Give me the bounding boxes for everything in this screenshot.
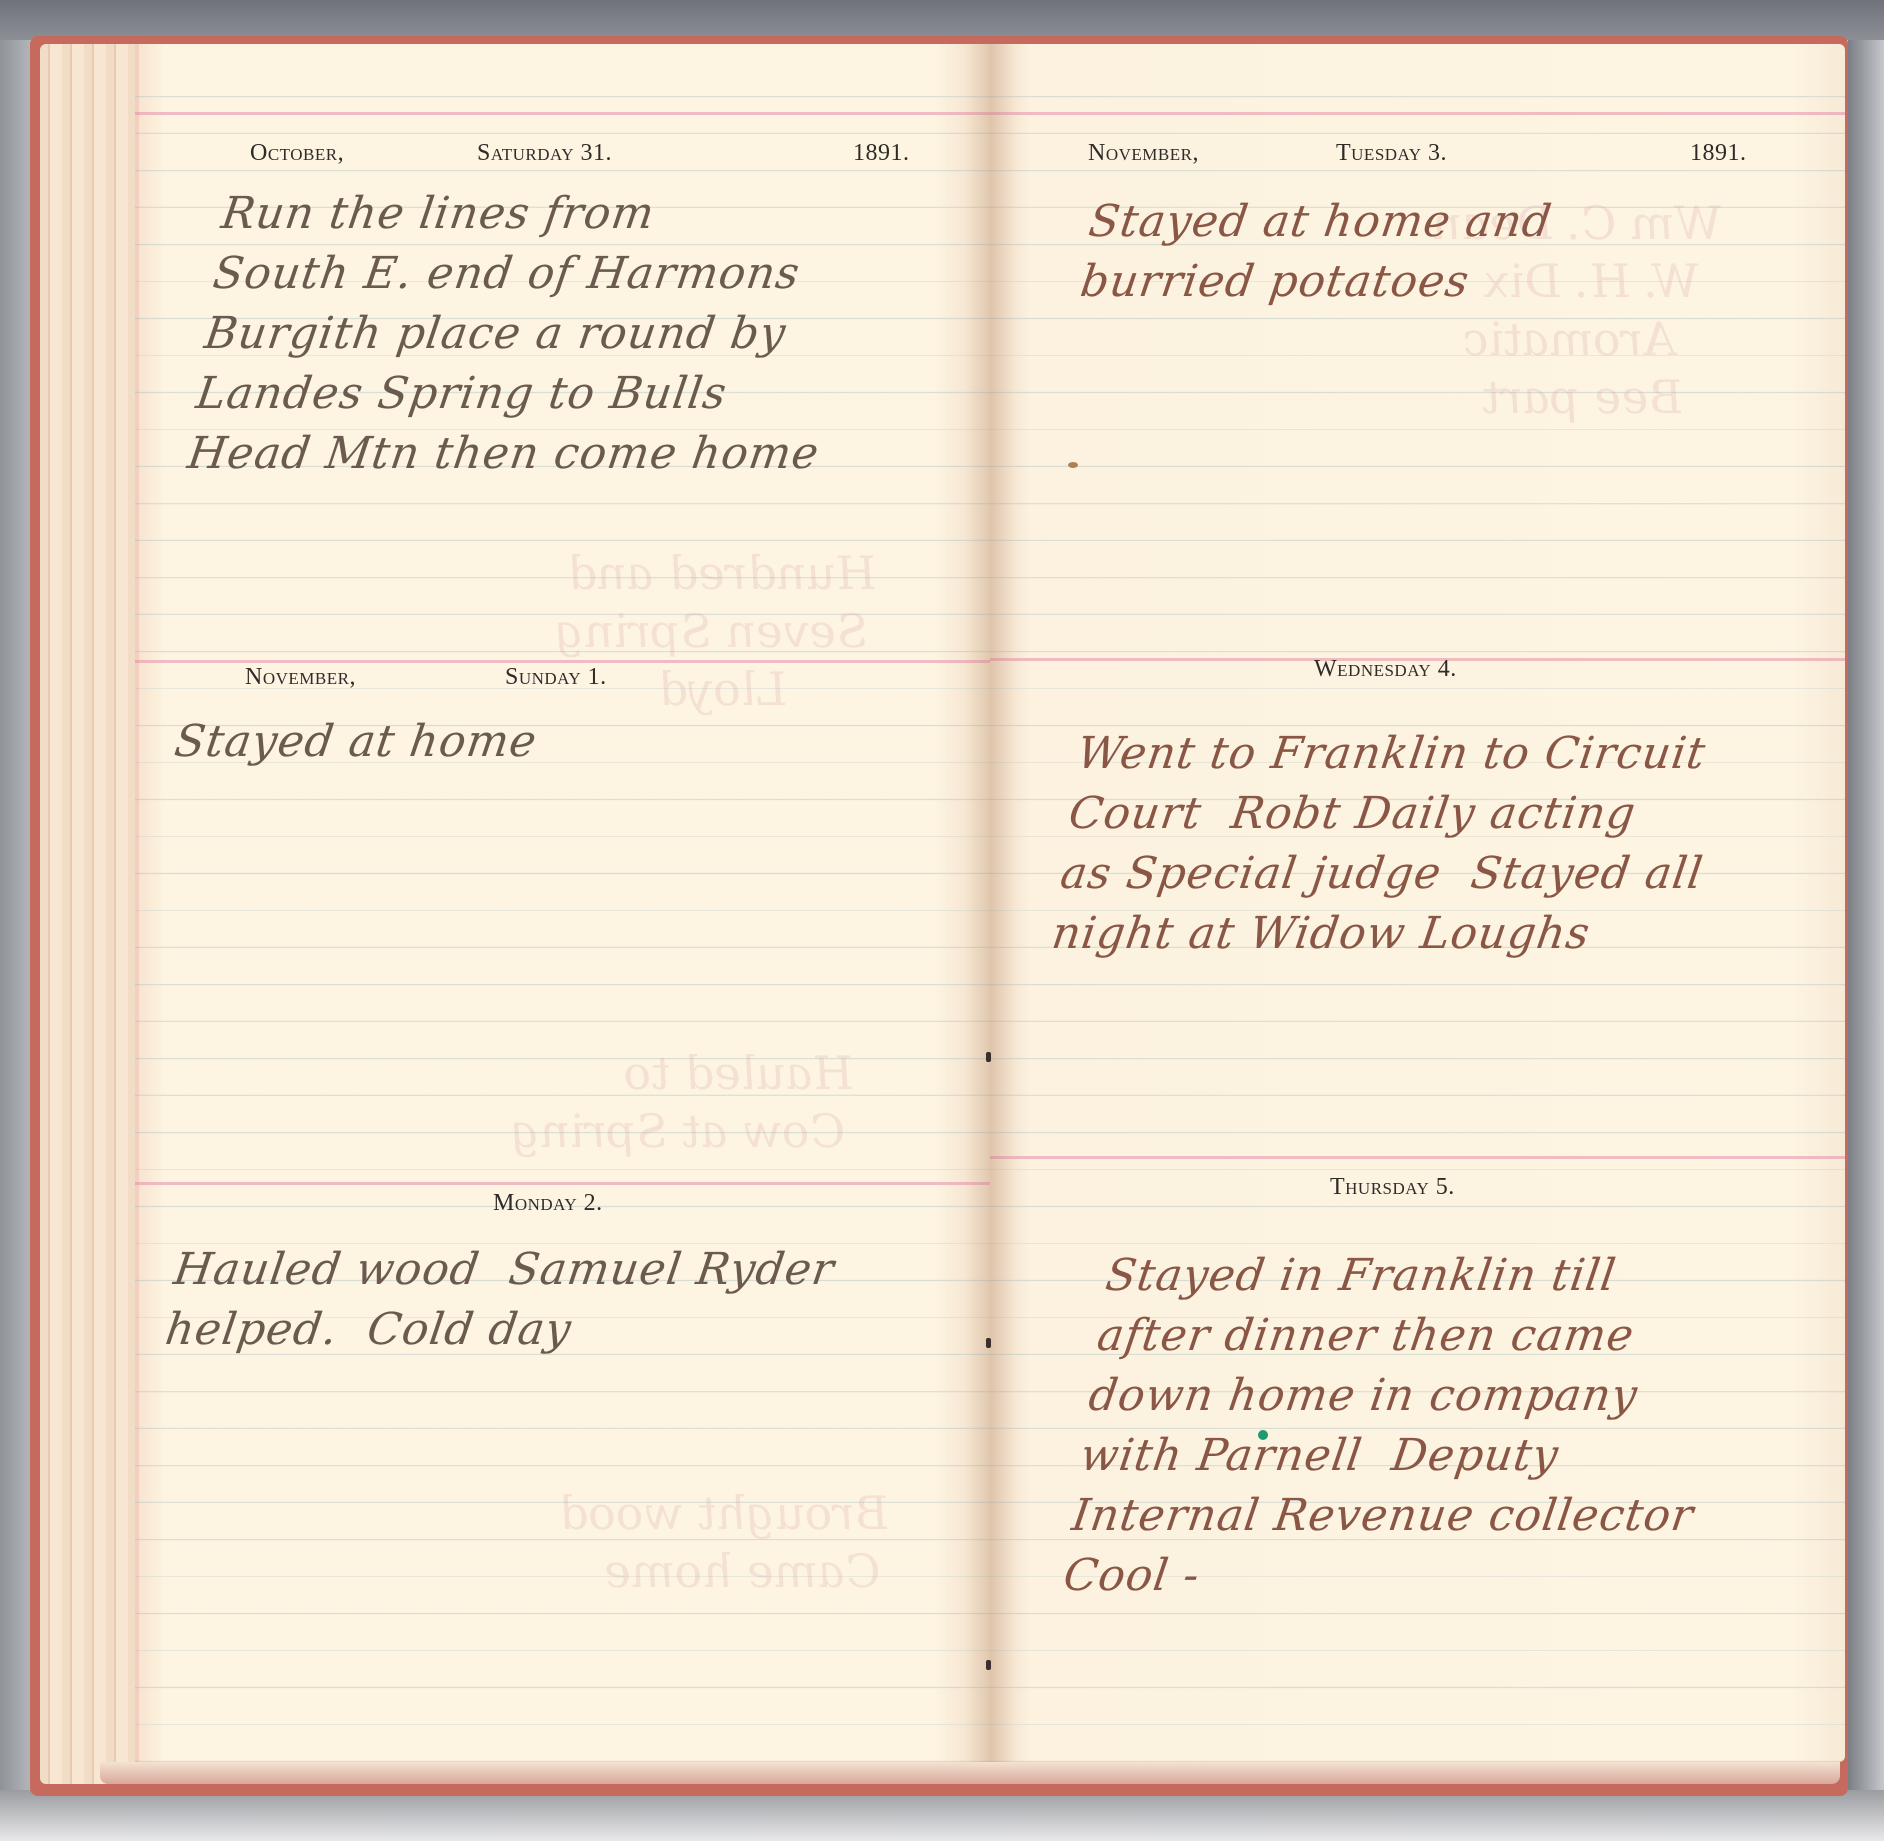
bottom-page-edges bbox=[100, 1762, 1840, 1784]
entry-month: November, bbox=[1088, 140, 1199, 167]
ink-bleed-through: Hauled to Cow at Spring bbox=[507, 1044, 857, 1160]
scan-background-right bbox=[1848, 40, 1884, 1800]
entry-text: Went to Franklin to Circuit Court Robt D… bbox=[1048, 724, 1724, 964]
entry-text: Stayed in Franklin till after dinner the… bbox=[1060, 1246, 1732, 1606]
ink-bleed-through: Brought wood Came home bbox=[547, 1484, 893, 1600]
entry-day: Saturday 31. bbox=[477, 140, 612, 167]
scan-background-bottom bbox=[0, 1790, 1884, 1841]
entry-text: Stayed at home and burried potatoes bbox=[1077, 192, 1556, 312]
entry-text: Stayed at home bbox=[171, 712, 541, 772]
pink-divider-line bbox=[990, 1156, 1845, 1159]
left-page: Hundred and Seven Spring Lloyd Hauled to… bbox=[135, 44, 990, 1762]
ink-bleed-through: Hundred and Seven Spring Lloyd bbox=[543, 544, 880, 718]
entry-year: 1891. bbox=[853, 140, 910, 167]
right-page: Wm C. Dean W. H. Dix Aromatic Bee part N… bbox=[990, 44, 1845, 1762]
pink-divider-line bbox=[990, 112, 1845, 115]
entry-text: Hauled wood Samuel Ryder helped. Cold da… bbox=[162, 1240, 839, 1360]
entry-day: Sunday 1. bbox=[505, 664, 607, 691]
pink-divider-line bbox=[135, 1182, 990, 1185]
spine-stitch-mark bbox=[986, 1660, 991, 1670]
entry-year: 1891. bbox=[1690, 140, 1747, 167]
page-edges bbox=[40, 44, 140, 1784]
pink-divider-line bbox=[135, 112, 990, 115]
scan-background-left bbox=[0, 40, 30, 1800]
entry-month: October, bbox=[250, 140, 344, 167]
spine-stitch-mark bbox=[986, 1338, 991, 1348]
paper-stain bbox=[1068, 462, 1078, 468]
scan-background-top bbox=[0, 0, 1884, 40]
entry-day: Wednesday 4. bbox=[1314, 656, 1457, 683]
entry-day: Tuesday 3. bbox=[1336, 140, 1447, 167]
entry-day: Monday 2. bbox=[493, 1190, 603, 1217]
spine-stitch-mark bbox=[986, 1052, 991, 1062]
entry-text: Run the lines from South E. end of Harmo… bbox=[184, 184, 857, 484]
entry-month: November, bbox=[245, 664, 356, 691]
entry-day: Thursday 5. bbox=[1330, 1174, 1455, 1201]
green-ink-spot bbox=[1258, 1430, 1268, 1440]
